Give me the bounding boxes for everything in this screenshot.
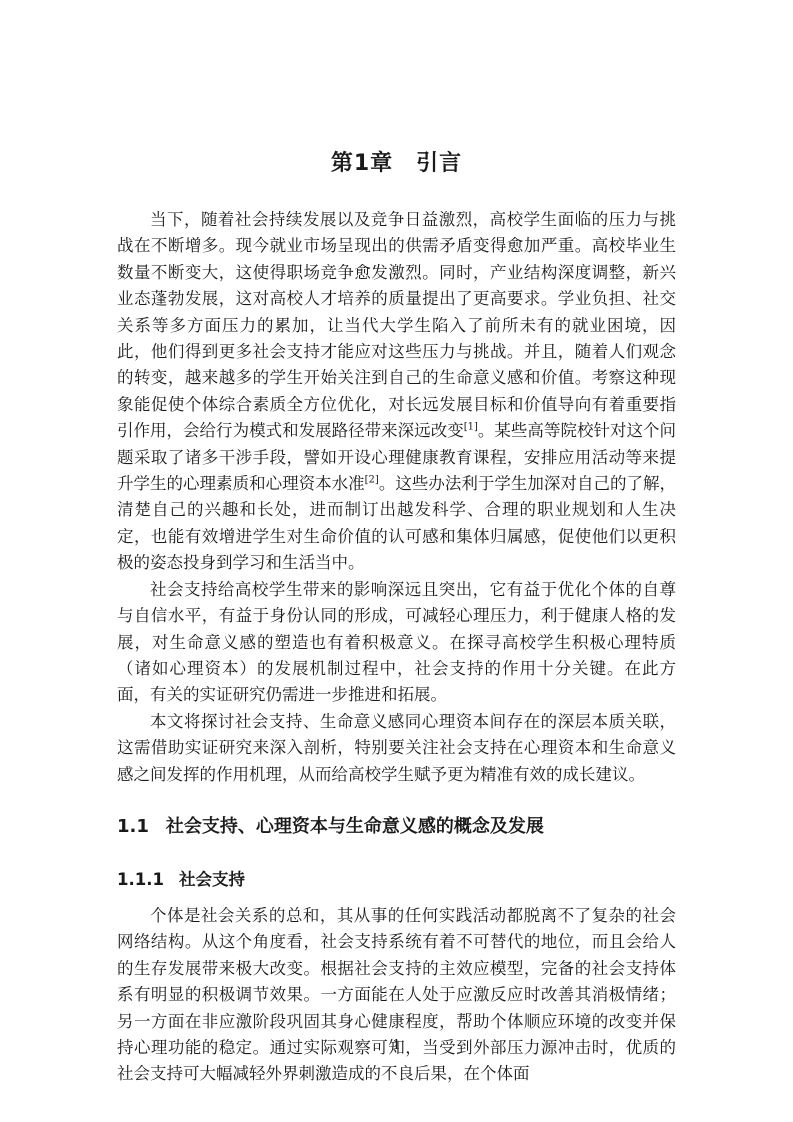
section-title: 社会支持、心理资本与生命意义感的概念及发展 [166, 816, 544, 837]
subsection-title: 社会支持 [179, 870, 245, 889]
citation-ref-2: [2] [365, 475, 379, 486]
paragraph-text: 当下，随着社会持续发展以及竞争日益激烈，高校学生面临的压力与挑战在不断增多。现今… [117, 210, 676, 440]
page-content: 第1章 引言 当下，随着社会持续发展以及竞争日益激烈，高校学生面临的压力与挑战在… [0, 147, 793, 1088]
section-paragraph-1: 个体是社会关系的总和，其从事的任何实践活动都脱离不了复杂的社会网络结构。从这个角… [117, 903, 676, 1088]
subsection-number: 1.1.1 [117, 870, 164, 889]
document-page: 第1章 引言 当下，随着社会持续发展以及竞争日益激烈，高校学生面临的压力与挑战在… [0, 0, 793, 1122]
citation-ref-1: [1] [464, 422, 478, 433]
section-heading-1-1-1: 1.1.1社会支持 [117, 868, 676, 891]
intro-paragraph-2: 社会支持给高校学生带来的影响深远且突出，它有益于优化个体的自尊与自信水平，有益于… [117, 577, 676, 709]
section-heading-1-1: 1.1社会支持、心理资本与生命意义感的概念及发展 [117, 814, 676, 839]
section-number: 1.1 [117, 816, 149, 837]
intro-paragraph-1: 当下，随着社会持续发展以及竞争日益激烈，高校学生面临的压力与挑战在不断增多。现今… [117, 207, 676, 577]
chapter-title: 第1章 引言 [117, 147, 676, 180]
page-number: 1 [0, 1036, 793, 1056]
intro-paragraph-3: 本文将探讨社会支持、生命意义感同心理资本间存在的深层本质关联，这需借助实证研究来… [117, 709, 676, 788]
